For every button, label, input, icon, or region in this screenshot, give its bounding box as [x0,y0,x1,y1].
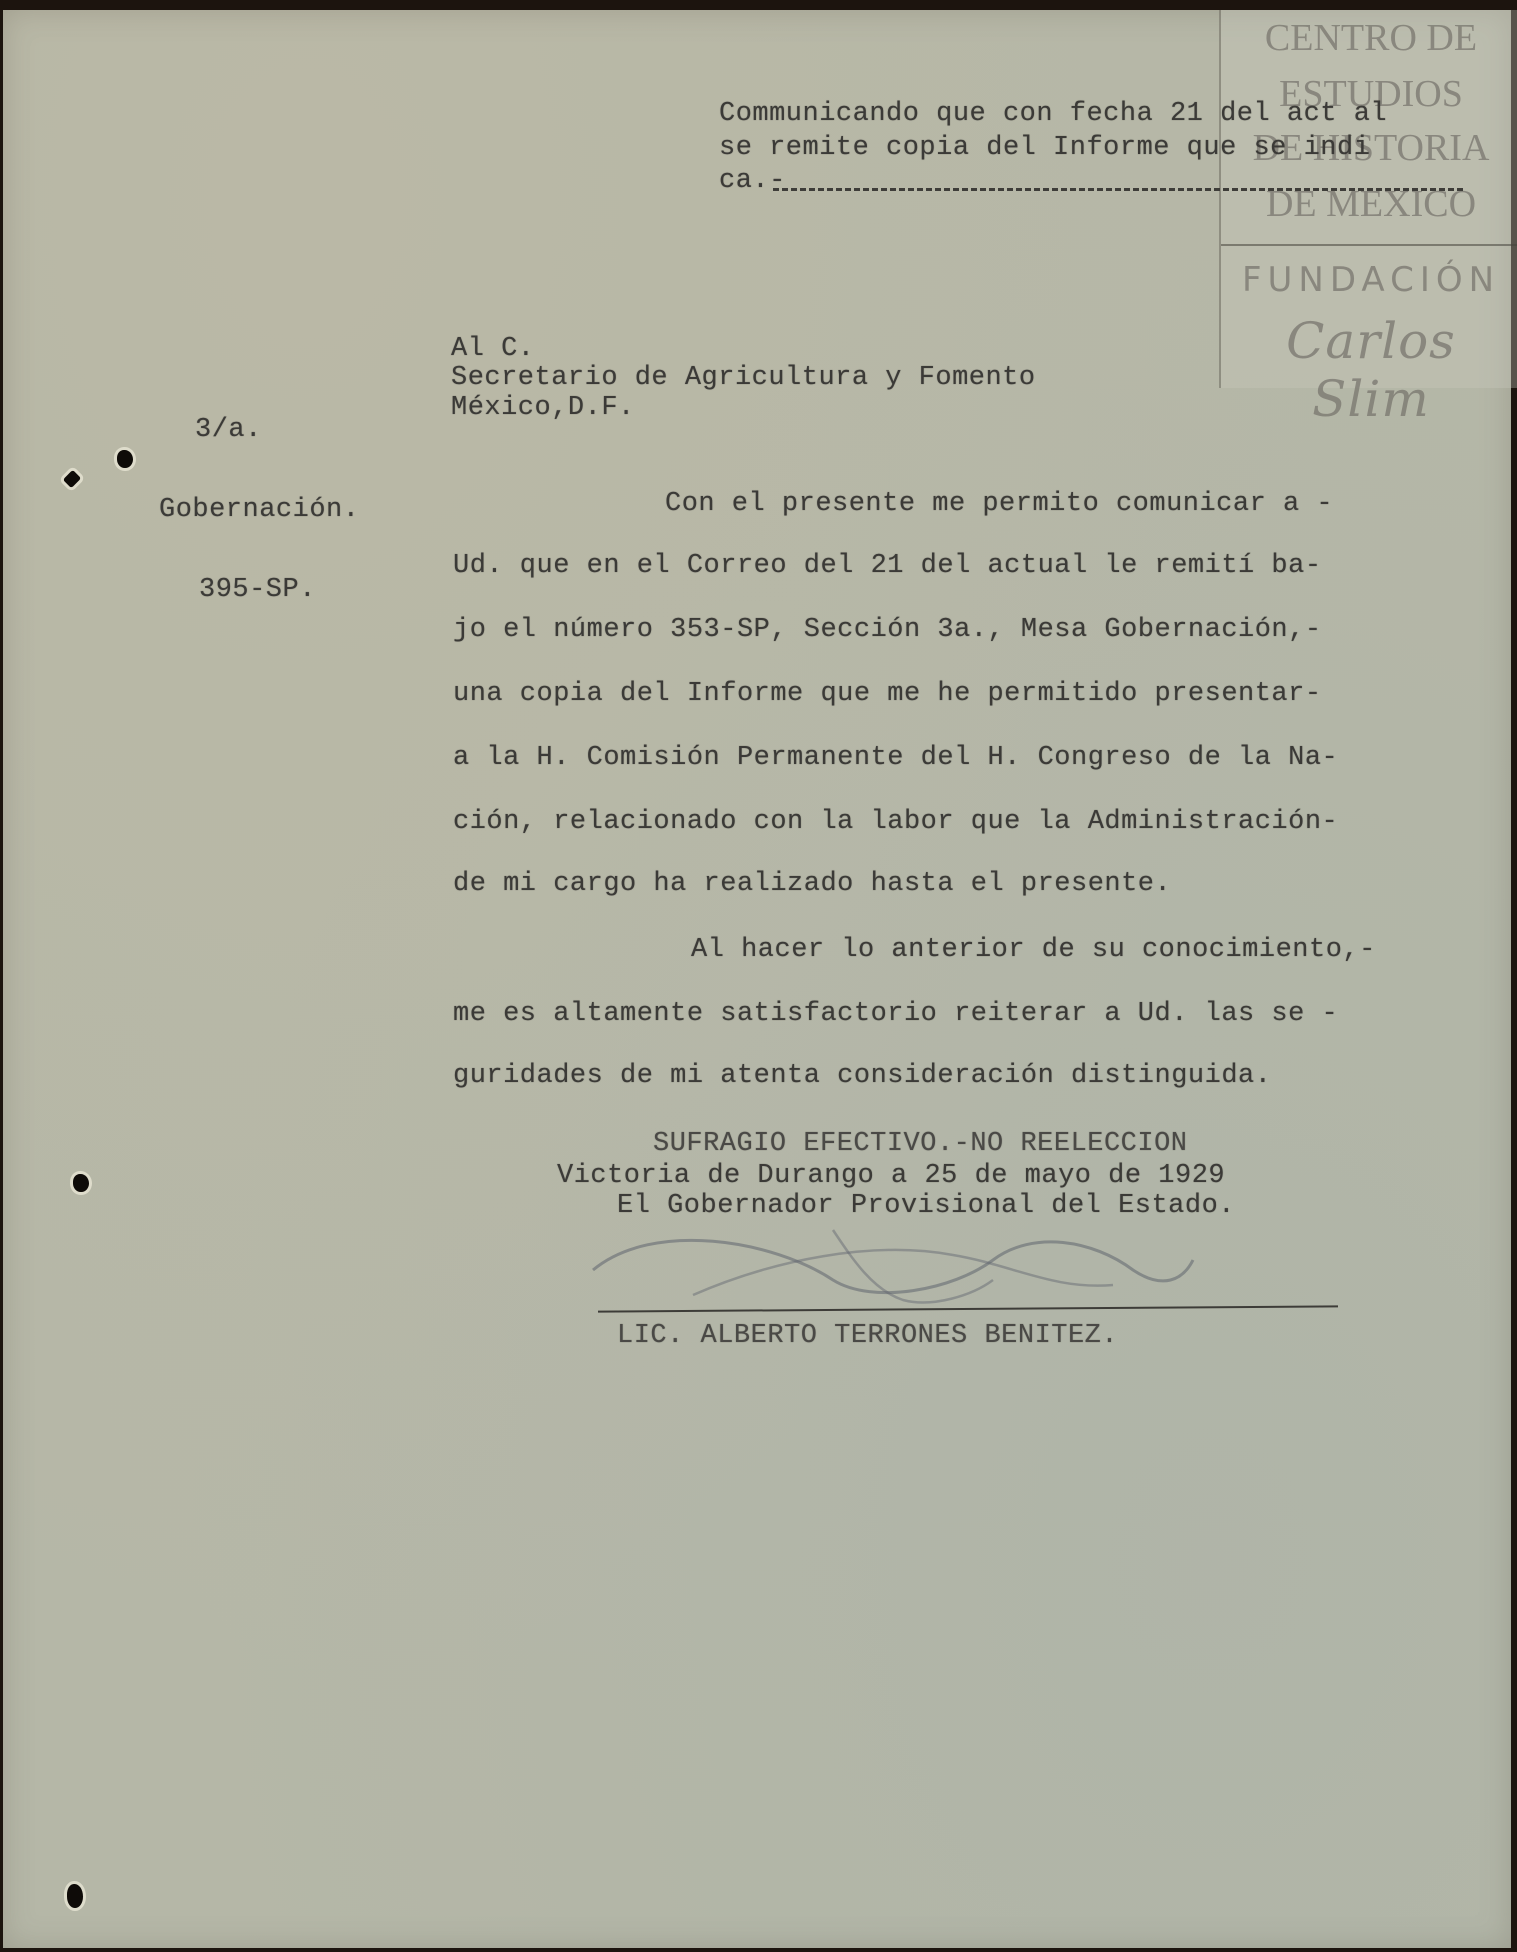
punch-hole [67,1884,83,1908]
margin-ref-number: 395-SP. [199,574,316,606]
summary-note-dash-rule [773,188,1463,191]
handwritten-signature [573,1200,1213,1320]
margin-ref-section: 3/a. [195,414,262,446]
summary-note-line-1: Communicando que con fecha 21 del act al [719,98,1387,130]
body-p1-line-5: a la H. Comisión Permanente del H. Congr… [453,742,1338,774]
closing-place-date: Victoria de Durango a 25 de mayo de 1929 [557,1160,1225,1192]
letter-page: CENTRO DE ESTUDIOS DE HISTORIA DE MEXICO… [3,10,1511,1948]
addressee-line-3: México,D.F. [451,392,635,424]
margin-ref-department: Gobernación. [159,494,359,526]
watermark-divider [1221,244,1517,246]
punch-hole [73,1174,89,1192]
archive-watermark: CENTRO DE ESTUDIOS DE HISTORIA DE MEXICO… [1219,10,1517,388]
watermark-foundation-name: Carlos Slim [1221,312,1517,428]
body-p1-line-3: jo el número 353-SP, Sección 3a., Mesa G… [453,614,1322,646]
body-p1-line-1: Con el presente me permito comunicar a - [665,488,1333,520]
signatory-name: LIC. ALBERTO TERRONES BENITEZ. [617,1320,1118,1352]
body-p2-line-1: Al hacer lo anterior de su conocimiento,… [691,934,1376,966]
body-p1-line-6: ción, relacionado con la labor que la Ad… [453,806,1338,838]
watermark-foundation-label: FUNDACIÓN [1221,260,1517,300]
watermark-line-1: CENTRO DE [1221,16,1517,60]
closing-motto: SUFRAGIO EFECTIVO.-NO REELECCION [653,1128,1187,1160]
body-p1-line-7: de mi cargo ha realizado hasta el presen… [453,868,1171,900]
summary-note-line-2: se remite copia del Informe que se indi [719,132,1370,164]
body-p1-line-2: Ud. que en el Correo del 21 del actual l… [453,550,1322,582]
body-p2-line-2: me es altamente satisfactorio reiterar a… [453,998,1338,1030]
summary-note-line-3: ca.- [719,165,786,197]
punch-hole [63,470,81,488]
body-p1-line-4: una copia del Informe que me he permitid… [453,678,1322,710]
addressee-line-1: Al C. [451,333,535,365]
addressee-line-2: Secretario de Agricultura y Fomento [451,362,1036,394]
body-p2-line-3: guridades de mi atenta consideración dis… [453,1060,1271,1092]
punch-hole [117,450,133,468]
